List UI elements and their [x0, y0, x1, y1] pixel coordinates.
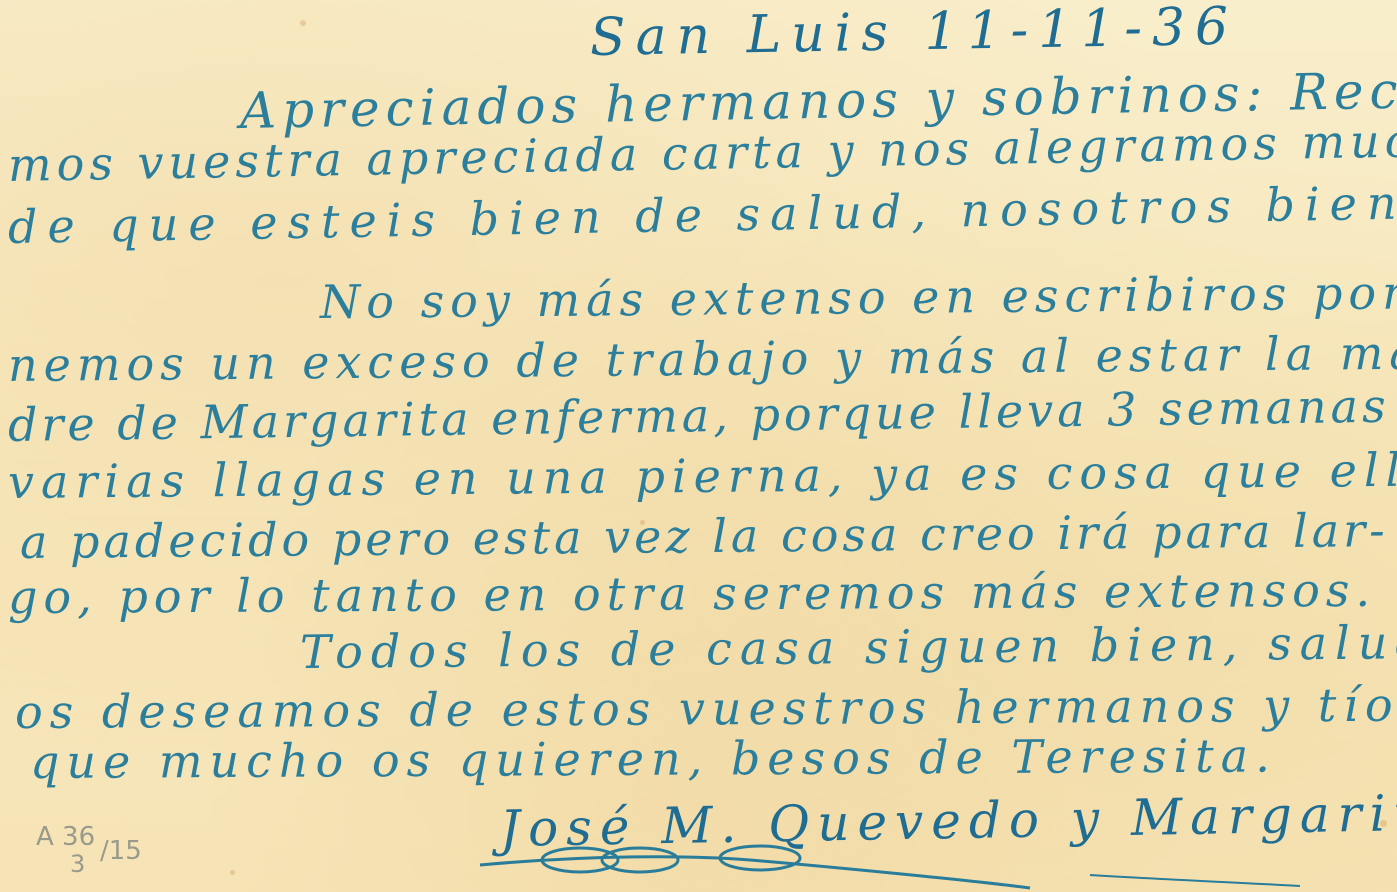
letter-line: que mucho os quieren, besos de Teresita. [30, 728, 1277, 789]
pencil-annotation-suffix: /15 [100, 836, 142, 866]
letter-page: San Luis 11-11-36 Apreciados hermanos y … [0, 0, 1397, 892]
paper-stain [300, 20, 306, 26]
paper-stain [230, 870, 235, 875]
letter-line: varias llagas en una pierna, ya es cosa … [8, 442, 1397, 509]
place-date: San Luis 11-11-36 [589, 0, 1238, 68]
letter-line: No soy más extenso en escribiros porque … [320, 264, 1397, 329]
letter-line: Todos los de casa siguen bien, salud [300, 615, 1397, 679]
pencil-annotation-top: A 36 [36, 822, 95, 852]
letter-line: go, por lo tanto en otra seremos más ext… [8, 563, 1376, 624]
pencil-annotation-denominator: 3 [70, 850, 85, 878]
letter-line: a padecido pero esta vez la cosa creo ir… [20, 503, 1389, 569]
signature-flourish-icon [470, 820, 1370, 892]
